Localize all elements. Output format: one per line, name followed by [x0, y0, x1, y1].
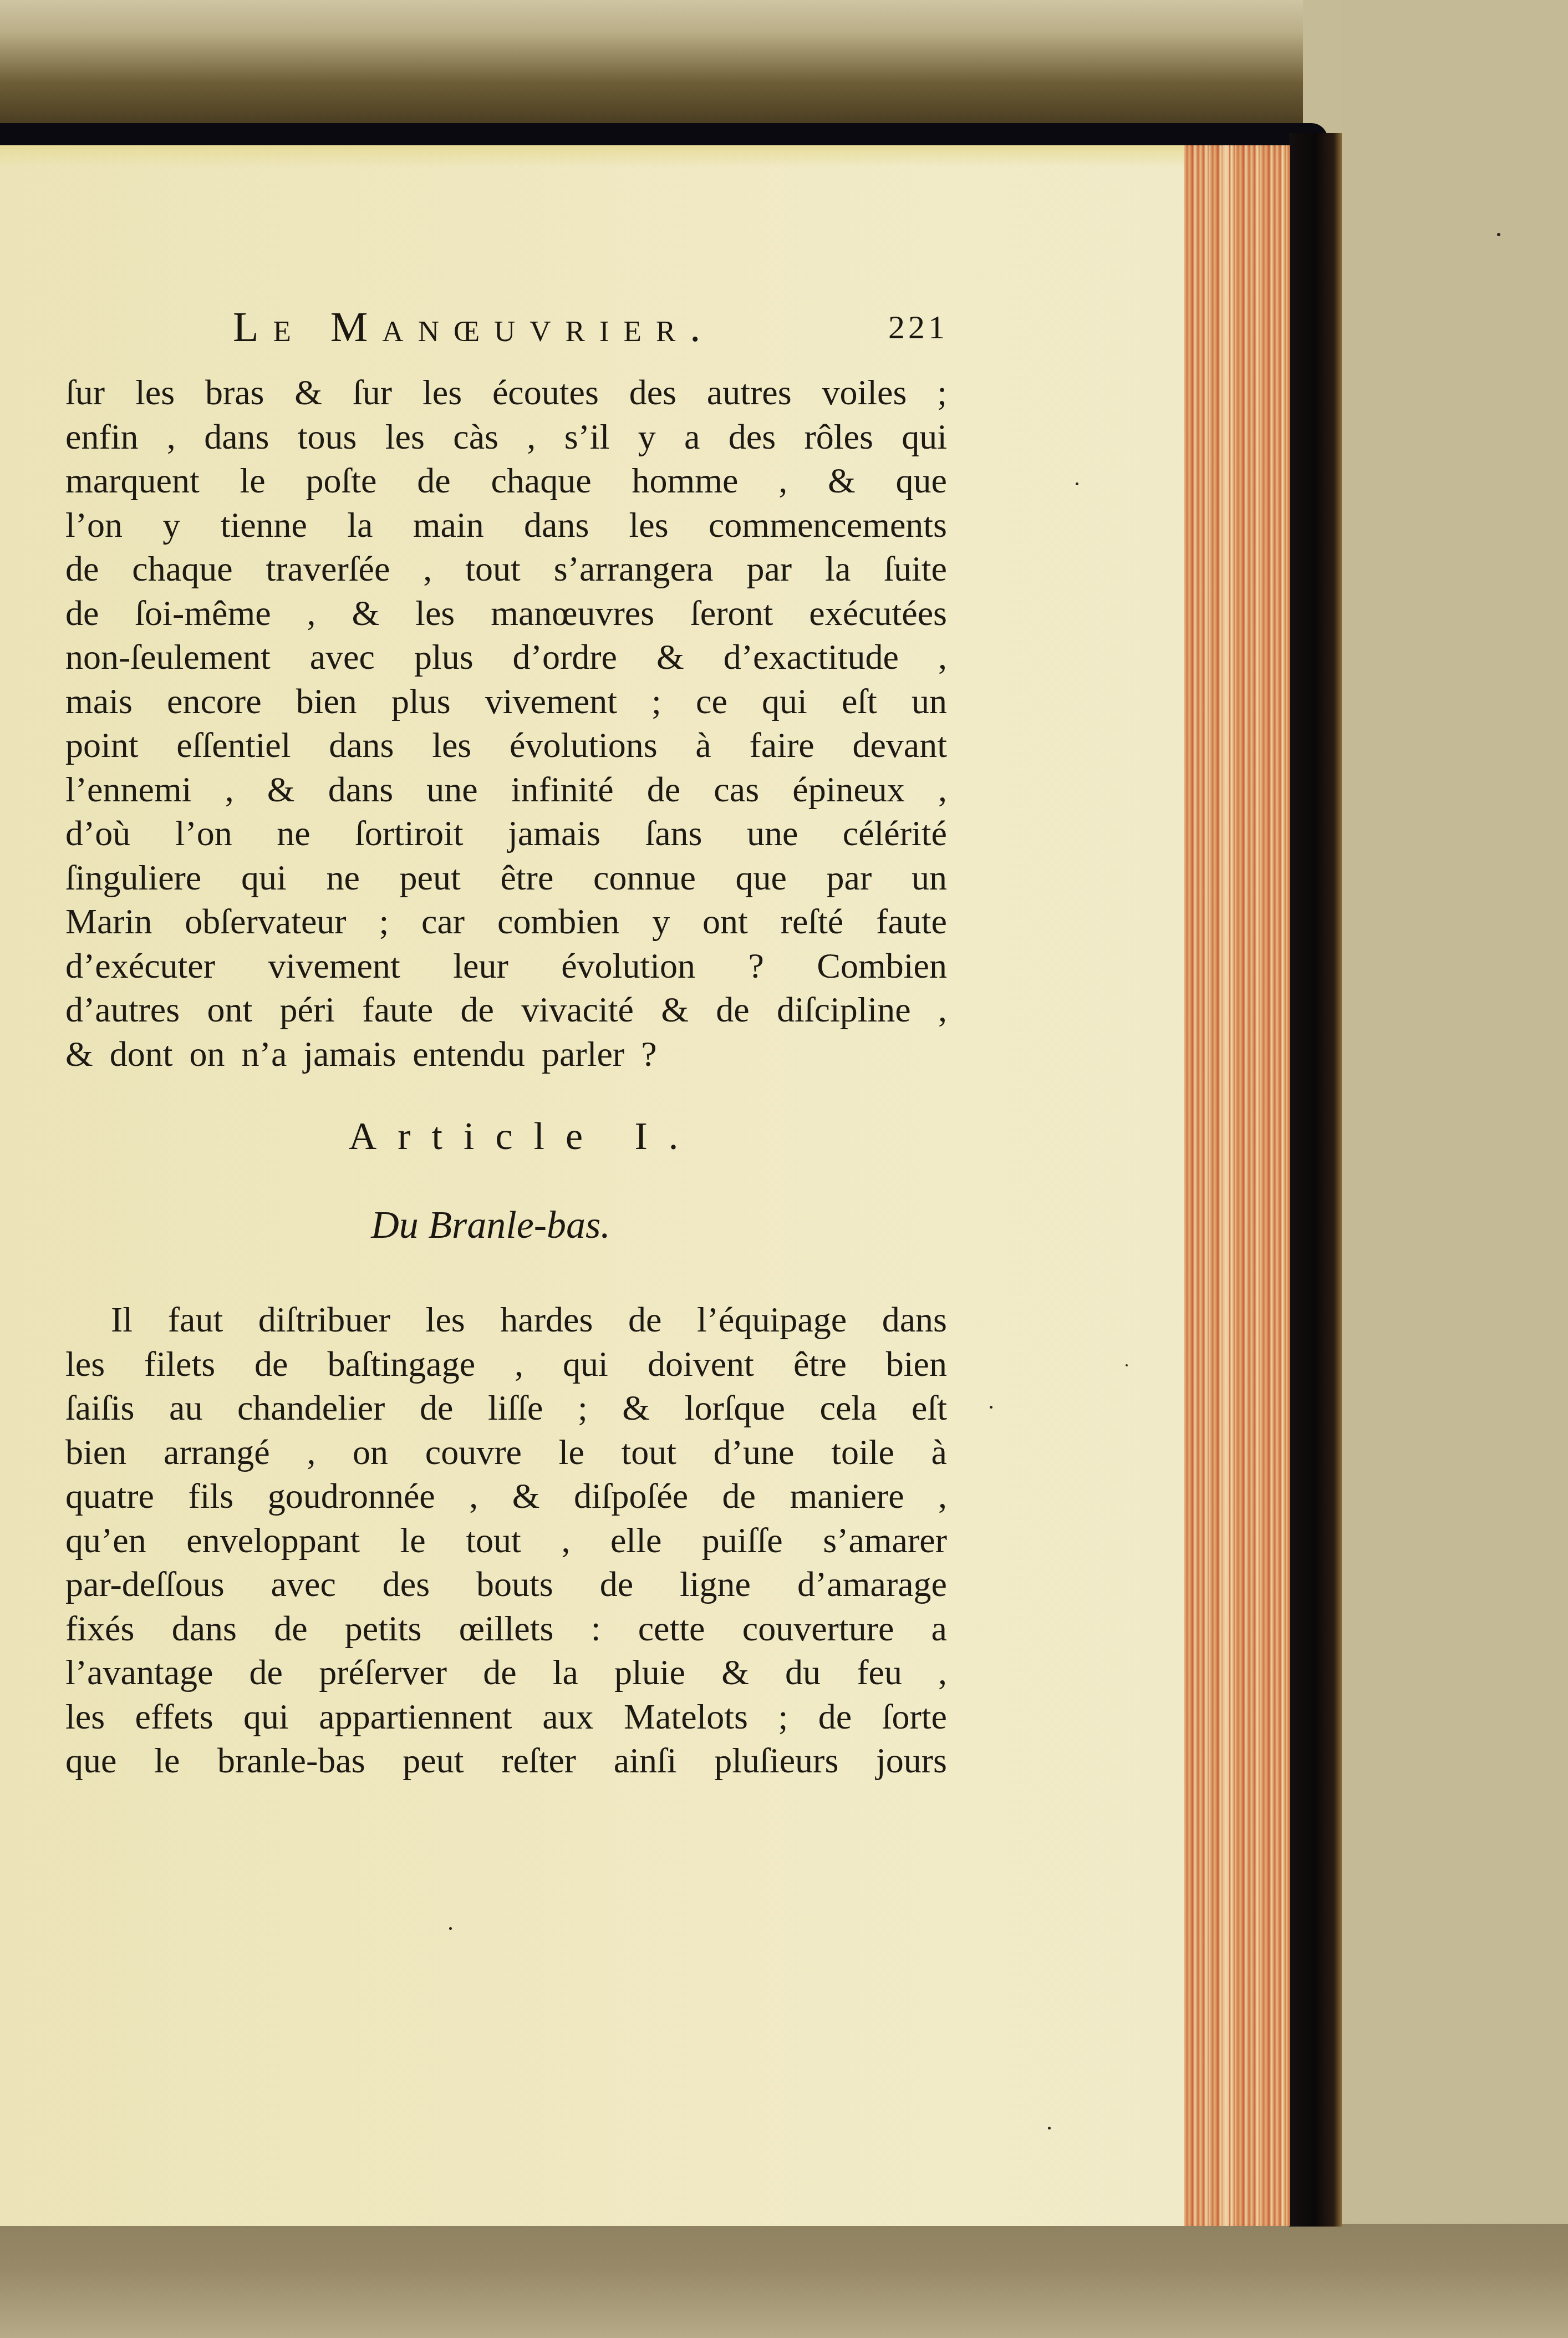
background-right [1342, 0, 1568, 2338]
text-line: enfin , dans tous les càs , s’il y a des… [65, 415, 947, 459]
page-top-shading [0, 145, 1187, 167]
section-subtitle: Du Branle-bas. [0, 1203, 948, 1248]
text-line: d’exécuter vivement leur évolution ? Com… [65, 944, 947, 988]
text-line: qu’en enveloppant le tout , elle puiſſe … [65, 1518, 947, 1563]
text-line: ſur les bras & ſur les écoutes des autre… [65, 370, 947, 415]
text-line: mais encore bien plus vivement ; ce qui … [65, 679, 947, 724]
text-line: les filets de baſtingage , qui doivent ê… [65, 1342, 947, 1386]
paragraph-1: ſur les bras & ſur les écoutes des autre… [65, 370, 947, 1076]
text-line: les effets qui appartiennent aux Matelot… [65, 1695, 947, 1739]
text-line: l’avantage de préſerver de la pluie & du… [65, 1650, 947, 1695]
text-line: marquent le poſte de chaque homme , & qu… [65, 459, 947, 503]
text-line: l’ennemi , & dans une infinité de cas ép… [65, 768, 947, 812]
text-line: d’autres ont péri faute de vivacité & de… [65, 988, 947, 1032]
text-line: point eſſentiel dans les évolutions à fa… [65, 723, 947, 768]
text-line: ſinguliere qui ne peut être connue que p… [65, 856, 947, 900]
text-line: de chaque traverſée , tout s’arrangera p… [65, 547, 947, 591]
text-line: Marin obſervateur ; car combien y ont re… [65, 899, 947, 944]
text-line: de ſoi-même , & les manœuvres ſeront exé… [65, 591, 947, 636]
text-line: fixés dans de petits œillets : cette cou… [65, 1607, 947, 1651]
paragraph-2: Il faut diſtribuer les hardes de l’équip… [65, 1298, 947, 1783]
text-line: d’où l’on ne ſortiroit jamais ſans une c… [65, 811, 947, 856]
text-line: par-deſſous avec des bouts de ligne d’am… [65, 1562, 947, 1607]
text-line: l’on y tienne la main dans les commencem… [65, 503, 947, 547]
text-line: que le branle-bas peut reſter ainſi pluſ… [65, 1739, 947, 1783]
dust-speck [1048, 2127, 1051, 2129]
text-line: quatre fils goudronnée , & diſpoſée de m… [65, 1474, 947, 1518]
text-line: & dont on n’a jamais entendu parler ? [65, 1032, 947, 1076]
page-number: 221 [888, 299, 948, 355]
text-line: non-ſeulement avec plus d’ordre & d’exac… [65, 635, 947, 679]
book-cover-top-edge [0, 123, 1328, 146]
book-cover-fore-edge [1289, 133, 1342, 2227]
dust-speck [1497, 233, 1500, 236]
text-line: bien arrangé , on couvre le tout d’une t… [65, 1430, 947, 1475]
background-bottom [0, 2224, 1568, 2338]
dust-speck [990, 1406, 992, 1409]
text-line: Il faut diſtribuer les hardes de l’équip… [65, 1298, 947, 1342]
dust-speck [1126, 1364, 1128, 1366]
running-head: Le Manœuvrier. 221 [233, 299, 948, 355]
article-heading: Article I. [0, 1115, 948, 1159]
dust-speck [1076, 482, 1078, 485]
text-line: ſaiſis au chandelier de liſſe ; & lorſqu… [65, 1386, 947, 1430]
dust-speck [449, 1927, 452, 1930]
running-title: Le Manœuvrier. [233, 299, 715, 355]
page-edges-red-gilt [1184, 145, 1290, 2226]
page-edges-highlight [1223, 145, 1229, 2226]
